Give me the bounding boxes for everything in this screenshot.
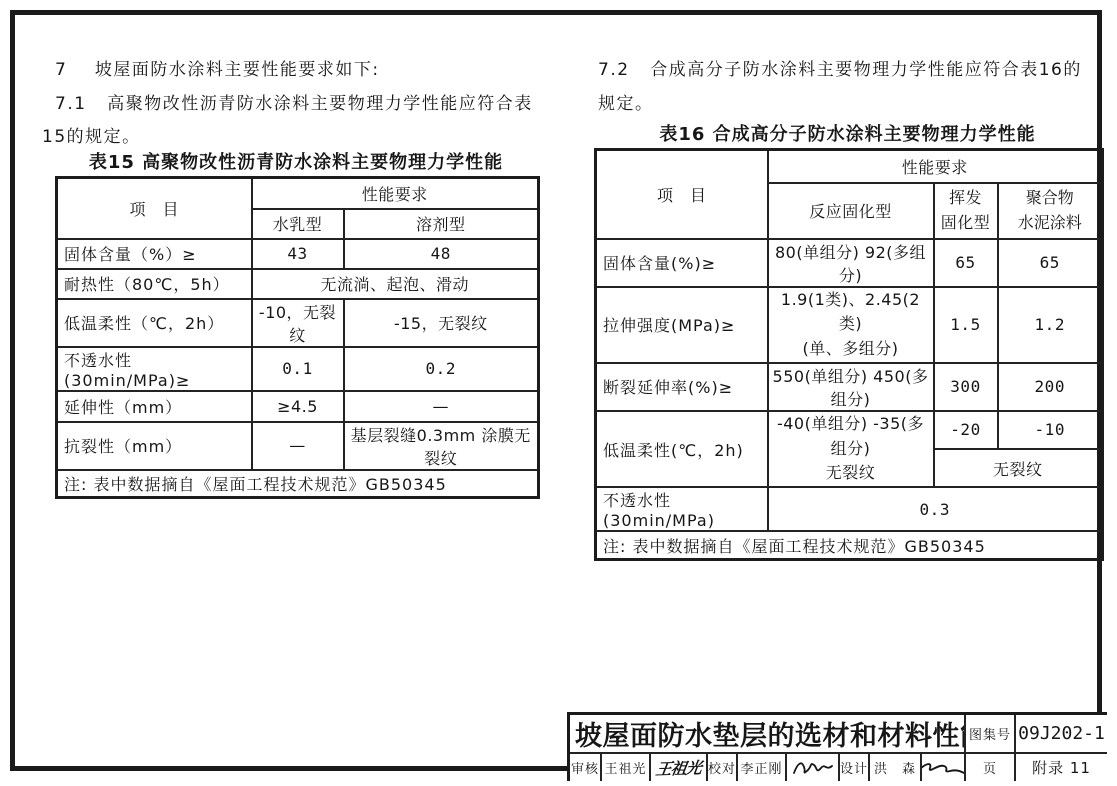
table16-header-col3: 聚合物 水泥涂料: [998, 183, 1103, 239]
drawing-title-block: 坡屋面防水垫层的选材和材料性能 图集号 09J202-1 审核 王祖光 王祖光 …: [567, 712, 1107, 781]
page-label: 页: [964, 754, 1014, 781]
table-row: 拉伸强度(MPa)≥ 1.9(1类)、2.45(2类) (单、多组分) 1.5 …: [596, 287, 1103, 363]
table-row: 注: 表中数据摘自《屋面工程技术规范》GB50345: [596, 531, 1103, 559]
table15-row5-item: 抗裂性（mm）: [57, 422, 252, 470]
table-row: 抗裂性（mm） — 基层裂缝0.3mm 涂膜无裂纹: [57, 422, 539, 470]
review-signature-text: 王祖光: [654, 755, 703, 780]
atlas-number-value: 09J202-1: [1014, 715, 1107, 752]
table15-row0-item: 固体含量（%）≥: [57, 239, 252, 269]
table16-row0-reactive: 80(单组分) 92(多组分): [768, 239, 934, 287]
table16-row0-volatile: 65: [934, 239, 998, 287]
section-7-1-line1: 7.1 高聚物改性沥青防水涂料主要物理力学性能应符合表: [55, 89, 533, 114]
table16-row2-item: 断裂延伸率(%)≥: [596, 363, 768, 411]
table16-row1-volatile: 1.5: [934, 287, 998, 363]
table16-header-col3-line2: 水泥涂料: [1001, 211, 1100, 236]
table16-title: 表16 合成高分子防水涂料主要物理力学性能: [594, 120, 1101, 146]
table15-header-item: 项 目: [57, 178, 252, 239]
table16-row3-merged-bottom: 无裂纹: [934, 449, 1103, 487]
table16-header-col2-line1: 挥发: [937, 186, 995, 211]
table15-row1-merged: 无流淌、起泡、滑动: [252, 269, 539, 299]
table15-row4-item: 延伸性（mm）: [57, 391, 252, 422]
design-label: 设计: [838, 754, 868, 781]
table16-row0-polymer: 65: [998, 239, 1103, 287]
table16-row1-reactive-line2: (单、多组分): [771, 337, 931, 362]
table16-header-col1: 反应固化型: [768, 183, 934, 239]
table16-row1-polymer: 1.2: [998, 287, 1103, 363]
table16-row1-item: 拉伸强度(MPa)≥: [596, 287, 768, 363]
handwritten-signature-icon: [790, 758, 836, 778]
section-7-heading: 7 坡屋面防水涂料主要性能要求如下:: [55, 55, 380, 80]
table15-row4-col2: —: [344, 391, 539, 422]
table15-title: 表15 高聚物改性沥青防水涂料主要物理力学性能: [55, 148, 537, 174]
table15-header-col1: 水乳型: [252, 209, 344, 239]
table16-row3-volatile: -20: [934, 411, 998, 449]
table15: 项 目 性能要求 水乳型 溶剂型 固体含量（%）≥ 43 48 耐热性（80℃，…: [55, 176, 540, 499]
table16-header-col2: 挥发 固化型: [934, 183, 998, 239]
table-row: 不透水性(30min/MPa) 0.3: [596, 487, 1103, 531]
section-7-2-line2: 规定。: [598, 89, 654, 114]
table16-row3-reactive-line2: 无裂纹: [771, 461, 931, 486]
table16-row4-merged: 0.3: [768, 487, 1103, 531]
proofread-label: 校对: [706, 754, 736, 781]
table16-row2-polymer: 200: [998, 363, 1103, 411]
table15-row2-item: 低温柔性（℃，2h）: [57, 299, 252, 347]
table-row: 注: 表中数据摘自《屋面工程技术规范》GB50345: [57, 470, 539, 498]
sheet-title: 坡屋面防水垫层的选材和材料性能: [570, 715, 964, 752]
table16: 项 目 性能要求 反应固化型 挥发 固化型 聚合物 水泥涂料 固体含量(%)≥ …: [594, 148, 1104, 561]
table16-row3-item: 低温柔性(℃，2h): [596, 411, 768, 487]
section-7-1-line2: 15的规定。: [42, 122, 141, 147]
table16-note: 注: 表中数据摘自《屋面工程技术规范》GB50345: [596, 531, 1103, 559]
table-row: 断裂延伸率(%)≥ 550(单组分) 450(多组分) 300 200: [596, 363, 1103, 411]
table15-row5-col2: 基层裂缝0.3mm 涂膜无裂纹: [344, 422, 539, 470]
table-row: 低温柔性(℃，2h) -40(单组分) -35(多组分) 无裂纹 -20 -10: [596, 411, 1103, 449]
table16-header-item: 项 目: [596, 150, 768, 239]
table16-row1-reactive: 1.9(1类)、2.45(2类) (单、多组分): [768, 287, 934, 363]
proofread-signature: [785, 754, 838, 781]
scanned-standard-page: 7 坡屋面防水涂料主要性能要求如下: 7.1 高聚物改性沥青防水涂料主要物理力学…: [0, 0, 1117, 786]
table15-row5-col1: —: [252, 422, 344, 470]
table15-row0-col1: 43: [252, 239, 344, 269]
table16-row2-reactive: 550(单组分) 450(多组分): [768, 363, 934, 411]
page-number-value: 附录 11: [1014, 754, 1107, 781]
proofreader-name: 李正刚: [736, 754, 785, 781]
handwritten-signature-icon: [920, 758, 964, 778]
table16-row3-polymer: -10: [998, 411, 1103, 449]
table15-row3-col2: 0.2: [344, 347, 539, 391]
table16-header-requirement: 性能要求: [768, 150, 1103, 183]
table-row: 耐热性（80℃，5h） 无流淌、起泡、滑动: [57, 269, 539, 299]
atlas-number-label: 图集号: [964, 715, 1014, 752]
table16-row0-item: 固体含量(%)≥: [596, 239, 768, 287]
table16-header-col2-line2: 固化型: [937, 211, 995, 236]
table15-row2-col2: -15，无裂纹: [344, 299, 539, 347]
table15-row0-col2: 48: [344, 239, 539, 269]
table-row: 不透水性(30min/MPa)≥ 0.1 0.2: [57, 347, 539, 391]
table16-header-col3-line1: 聚合物: [1001, 186, 1100, 211]
table16-row2-volatile: 300: [934, 363, 998, 411]
table-row: 固体含量(%)≥ 80(单组分) 92(多组分) 65 65: [596, 239, 1103, 287]
reviewer-name: 王祖光: [600, 754, 649, 781]
table-row: 延伸性（mm） ≥4.5 —: [57, 391, 539, 422]
review-signature: 王祖光: [649, 754, 706, 781]
table16-row3-reactive-line1: -40(单组分) -35(多组分): [771, 412, 931, 462]
table15-row4-col1: ≥4.5: [252, 391, 344, 422]
title-block-bottom-row: 审核 王祖光 王祖光 校对 李正刚 设计 洪 森 页 附录 11: [570, 752, 1107, 781]
table15-row2-col1: -10，无裂纹: [252, 299, 344, 347]
table15-header-col2: 溶剂型: [344, 209, 539, 239]
review-label: 审核: [570, 754, 600, 781]
title-block-top-row: 坡屋面防水垫层的选材和材料性能 图集号 09J202-1: [570, 715, 1107, 752]
designer-name: 洪 森: [868, 754, 920, 781]
table15-row1-item: 耐热性（80℃，5h）: [57, 269, 252, 299]
table-row: 低温柔性（℃，2h） -10，无裂纹 -15，无裂纹: [57, 299, 539, 347]
table16-row3-reactive: -40(单组分) -35(多组分) 无裂纹: [768, 411, 934, 487]
section-7-2-line1: 7.2 合成高分子防水涂料主要物理力学性能应符合表16的: [598, 55, 1082, 80]
table16-row4-item: 不透水性(30min/MPa): [596, 487, 768, 531]
table-row: 固体含量（%）≥ 43 48: [57, 239, 539, 269]
table15-row3-col1: 0.1: [252, 347, 344, 391]
design-signature: [920, 754, 964, 781]
table16-row1-reactive-line1: 1.9(1类)、2.45(2类): [771, 288, 931, 338]
table15-header-requirement: 性能要求: [252, 178, 539, 209]
table15-note: 注: 表中数据摘自《屋面工程技术规范》GB50345: [57, 470, 539, 498]
table15-row3-item: 不透水性(30min/MPa)≥: [57, 347, 252, 391]
